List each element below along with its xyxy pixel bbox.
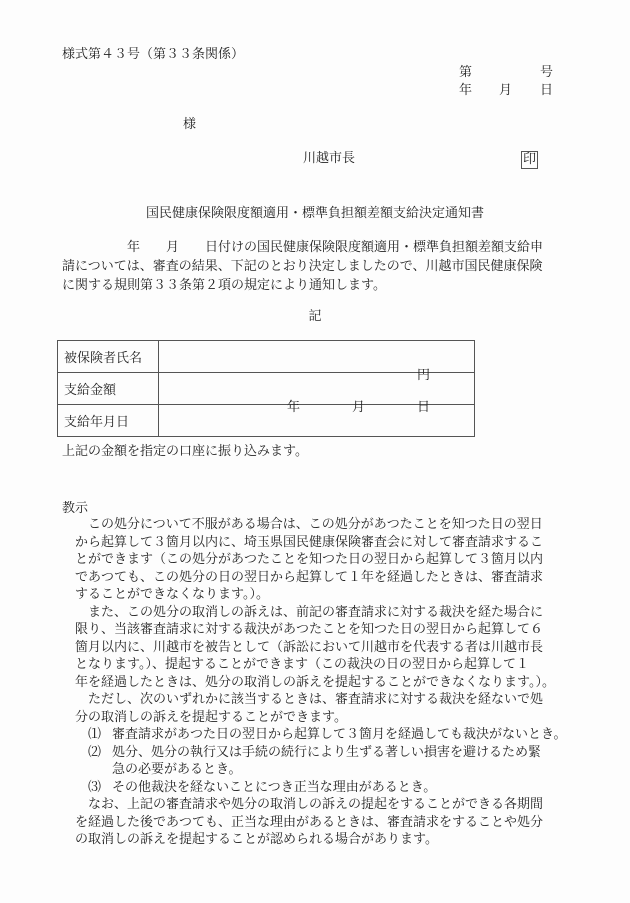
item-text: 処分、処分の執行又は手続の続行により生ずる著しい損害を避けるため緊: [112, 745, 541, 760]
yen-unit: 円: [417, 364, 430, 383]
item-text: 審査請求があつた日の翌日から起算して３箇月を経過しても裁決がないとき。: [112, 727, 566, 742]
issuer-name: 川越市長: [303, 150, 355, 168]
issue-month: 月: [499, 82, 512, 100]
instruction-text: この処分について不服がある場合は、この処分があつたことを知つた日の翌日 から起算…: [62, 516, 622, 849]
instruction-line: とができます（この処分があつたことを知つた日の翌日から起算して３箇月以内: [62, 551, 622, 569]
body-line: に関する規則第３３条第２項の規定により通知します。: [62, 276, 582, 295]
table-row: 被保険者氏名: [58, 341, 475, 373]
issue-year: 年: [459, 82, 472, 100]
ki-heading: 記: [0, 308, 630, 326]
amount-label: 支給金額: [58, 373, 159, 405]
payment-date-value: 年 月 日: [159, 405, 475, 437]
body-line: 請については、審査の結果、下記のとおり決定しましたので、川越市国民健康保険: [62, 257, 582, 276]
table-row: 支給金額 円: [58, 373, 475, 405]
body-paragraph: 年 月 日付けの国民健康保険限度額適用・標準負担額差額支給申 請については、審査…: [62, 238, 582, 295]
instruction-line: この処分について不服がある場合は、この処分があつたことを知つた日の翌日: [62, 516, 622, 534]
instruction-line: 年を経過したときは、処分の取消しの訴えを提起することができなくなります。）。: [62, 674, 622, 692]
instruction-line: ただし、次のいずれかに該当するときは、審査請求に対する裁決を経ないで処: [62, 691, 622, 709]
seal-box: 印: [521, 151, 538, 169]
body-line: 年 月 日付けの国民健康保険限度額適用・標準負担額差額支給申: [62, 238, 582, 257]
payment-date-label: 支給年月日: [58, 405, 159, 437]
pay-month: 月: [352, 396, 365, 415]
item-text: その他裁決を経ないことにつき正当な理由があるとき。: [112, 780, 436, 795]
decision-table: 被保険者氏名 支給金額 円 支給年月日 年 月 日: [57, 340, 475, 437]
instruction-line: であつても、この処分の日の翌日から起算して１年を経過したときは、審査請求: [62, 569, 622, 587]
item-number: ⑴: [88, 726, 112, 744]
instruction-line: から起算して３箇月以内に、埼玉県国民健康保険審査会に対して審査請求するこ: [62, 534, 622, 552]
form-number: 様式第４３号（第３３条関係）: [62, 46, 244, 64]
item-number: ⑵: [88, 744, 112, 762]
pay-year: 年: [287, 396, 300, 415]
condition-item-1: ⑴審査請求があつた日の翌日から起算して３箇月を経過しても裁決がないとき。: [62, 726, 622, 744]
instruction-line: となります。）、提起することができます（この裁決の日の翌日から起算して１: [62, 656, 622, 674]
condition-item-3: ⑶その他裁決を経ないことにつき正当な理由があるとき。: [62, 779, 622, 797]
instruction-line: を経過した後であつても、正当な理由があるときは、審査請求をすることや処分: [62, 814, 622, 832]
instruction-line: の取消しの訴えを提起することが認められる場合があります。: [62, 831, 622, 849]
instruction-line: 箇月以内に、川越市を被告として（訴訟において川越市を代表する者は川越市長: [62, 639, 622, 657]
item-number: ⑶: [88, 779, 112, 797]
instruction-line: なお、上記の審査請求や処分の取消しの訴えの提起をすることができる各期間: [62, 796, 622, 814]
table-row: 支給年月日 年 月 日: [58, 405, 475, 437]
condition-item-2-continuation: 急の必要があるとき。: [62, 761, 622, 779]
number-suffix: 号: [540, 64, 553, 82]
issue-day: 日: [540, 82, 553, 100]
instruction-line: また、この処分の取消しの訴えは、前記の審査請求に対する裁決を経た場合に: [62, 604, 622, 622]
insured-name-label: 被保険者氏名: [58, 341, 159, 373]
addressee-honorific: 様: [183, 116, 196, 134]
transfer-note: 上記の金額を指定の口座に振り込みます。: [62, 443, 308, 461]
condition-item-2: ⑵処分、処分の執行又は手続の続行により生ずる著しい損害を避けるため緊: [62, 744, 622, 762]
instruction-line: 限り、当該審査請求に対する裁決があつたことを知つた日の翌日から起算して６: [62, 621, 622, 639]
instruction-line: することができなくなります。）。: [62, 586, 622, 604]
document-title: 国民健康保険限度額適用・標準負担額差額支給決定通知書: [0, 205, 630, 223]
number-prefix: 第: [459, 64, 472, 82]
pay-day: 日: [417, 396, 430, 415]
instruction-line: 分の取消しの訴えを提起することができます。: [62, 709, 622, 727]
